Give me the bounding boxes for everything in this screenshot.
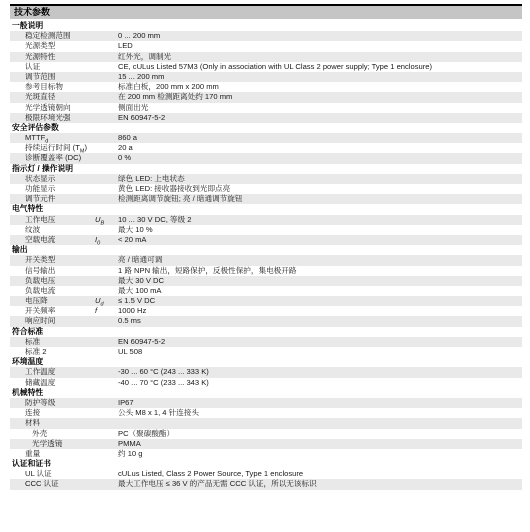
spec-value: 15 ... 200 mm [118, 72, 522, 82]
spec-row: 光学透镜PMMA [10, 439, 522, 449]
spec-value: 红外光，调制光 [118, 52, 522, 62]
section-header: 一般说明 [10, 21, 522, 31]
spec-row: 空载电流I0< 20 mA [10, 235, 522, 245]
spec-symbol [95, 367, 118, 377]
spec-label: 光源类型 [10, 41, 95, 51]
spec-label: 防护等级 [10, 398, 95, 408]
spec-row: 光源类型LED [10, 41, 522, 51]
spec-symbol [95, 153, 118, 163]
spec-label: 调节范围 [10, 72, 95, 82]
spec-label: 负载电流 [10, 286, 95, 296]
spec-label: 光源特性 [10, 52, 95, 62]
spec-value: 0.5 ms [118, 316, 522, 326]
spec-value: PMMA [118, 439, 522, 449]
spec-value: UL 508 [118, 347, 522, 357]
spec-label: 调节元件 [10, 194, 95, 204]
spec-row: 工作电压UB10 ... 30 V DC, 等级 2 [10, 215, 522, 225]
spec-value: 860 a [118, 133, 522, 143]
spec-label: 持续运行时间 (TM) [10, 143, 95, 153]
page-title: 技术参数 [10, 6, 522, 19]
spec-value: LED [118, 41, 522, 51]
section-header: 电气特性 [10, 204, 522, 214]
spec-row: 状态显示绿色 LED: 上电状态 [10, 174, 522, 184]
spec-label: 开关频率 [10, 306, 95, 316]
spec-row: 参考目标物标准白板，200 mm x 200 mm [10, 82, 522, 92]
spec-value: 10 ... 30 V DC, 等级 2 [118, 215, 522, 225]
spec-label: MTTFd [10, 133, 95, 143]
spec-value [118, 418, 522, 428]
spec-symbol [95, 92, 118, 102]
spec-row: 开关类型亮 / 暗通可调 [10, 255, 522, 265]
spec-symbol: f [95, 306, 118, 316]
spec-value: 最大 100 mA [118, 286, 522, 296]
spec-value: 最大 10 % [118, 225, 522, 235]
spec-row: 功能显示黄色 LED: 接收器接收到光即点亮 [10, 184, 522, 194]
spec-value: 标准白板，200 mm x 200 mm [118, 82, 522, 92]
section-header: 指示灯 / 操作说明 [10, 164, 522, 174]
spec-value: 0 ... 200 mm [118, 31, 522, 41]
spec-symbol [95, 174, 118, 184]
spec-symbol [95, 276, 118, 286]
spec-symbol [95, 62, 118, 72]
spec-row: 响应时间0.5 ms [10, 316, 522, 326]
spec-symbol [95, 82, 118, 92]
spec-value: 公头 M8 x 1, 4 针连接头 [118, 408, 522, 418]
spec-row: 持续运行时间 (TM)20 a [10, 143, 522, 153]
spec-label: 光斑直径 [10, 92, 95, 102]
spec-symbol [95, 418, 118, 428]
spec-symbol [95, 184, 118, 194]
spec-symbol [95, 337, 118, 347]
spec-symbol: UB [95, 215, 118, 225]
spec-label: 材料 [10, 418, 95, 428]
spec-label: 纹波 [10, 225, 95, 235]
spec-symbol [95, 449, 118, 459]
spec-row: 开关频率f1000 Hz [10, 306, 522, 316]
spec-row: 标准 2UL 508 [10, 347, 522, 357]
spec-row: 材料 [10, 418, 522, 428]
spec-value: 绿色 LED: 上电状态 [118, 174, 522, 184]
spec-value: 检测距离调节旋钮; 亮 / 暗通调节旋钮 [118, 194, 522, 204]
spec-label: 状态显示 [10, 174, 95, 184]
spec-value: -40 ... 70 °C (233 ... 343 K) [118, 378, 522, 388]
spec-row: CCC 认证最大工作电压 ≤ 36 V 的产品无需 CCC 认证，所以无该标识 [10, 479, 522, 489]
spec-row: 光源特性红外光，调制光 [10, 52, 522, 62]
spec-value: 1 路 NPN 输出，短路保护，反极性保护，集电极开路 [118, 266, 522, 276]
spec-row: 诊断覆盖率 (DC)0 % [10, 153, 522, 163]
spec-value: 最大 30 V DC [118, 276, 522, 286]
spec-row: 调节范围15 ... 200 mm [10, 72, 522, 82]
spec-row: 重量约 10 g [10, 449, 522, 459]
spec-row: 电压降Ud≤ 1.5 V DC [10, 296, 522, 306]
spec-row: 极限环境光强EN 60947-5-2 [10, 113, 522, 123]
spec-value: PC（聚碳酸酯） [118, 429, 522, 439]
spec-label: 标准 2 [10, 347, 95, 357]
spec-value: 1000 Hz [118, 306, 522, 316]
spec-row: 稳定检测范围0 ... 200 mm [10, 31, 522, 41]
spec-value: 约 10 g [118, 449, 522, 459]
spec-label: 开关类型 [10, 255, 95, 265]
spec-label: 工作电压 [10, 215, 95, 225]
section-header: 安全评估参数 [10, 123, 522, 133]
spec-label: 外壳 [10, 429, 95, 439]
spec-symbol [95, 41, 118, 51]
spec-symbol [95, 347, 118, 357]
spec-label: 连接 [10, 408, 95, 418]
spec-symbol [95, 72, 118, 82]
spec-label: 响应时间 [10, 316, 95, 326]
spec-symbol [95, 113, 118, 123]
spec-symbol [95, 316, 118, 326]
spec-value: 亮 / 暗通可调 [118, 255, 522, 265]
spec-symbol [95, 133, 118, 143]
spec-row: 负载电流最大 100 mA [10, 286, 522, 296]
spec-row: 工作温度-30 ... 60 °C (243 ... 333 K) [10, 367, 522, 377]
spec-row: UL 认证cULus Listed, Class 2 Power Source,… [10, 469, 522, 479]
spec-row: 光斑直径在 200 mm 检测距离处约 170 mm [10, 92, 522, 102]
spec-label: 诊断覆盖率 (DC) [10, 153, 95, 163]
section-header: 认证和证书 [10, 459, 522, 469]
spec-symbol [95, 286, 118, 296]
spec-row: 连接公头 M8 x 1, 4 针连接头 [10, 408, 522, 418]
spec-label: 信号输出 [10, 266, 95, 276]
spec-row: 外壳PC（聚碳酸酯） [10, 429, 522, 439]
spec-table: 一般说明稳定检测范围0 ... 200 mm光源类型LED光源特性红外光，调制光… [10, 21, 522, 490]
section-header: 环境温度 [10, 357, 522, 367]
spec-value: 20 a [118, 143, 522, 153]
spec-symbol [95, 31, 118, 41]
spec-symbol [95, 266, 118, 276]
spec-row: 光学透镜朝向侧面出光 [10, 103, 522, 113]
section-header: 符合标准 [10, 327, 522, 337]
spec-label: 光学透镜 [10, 439, 95, 449]
spec-label: 工作温度 [10, 367, 95, 377]
spec-value: 黄色 LED: 接收器接收到光即点亮 [118, 184, 522, 194]
spec-value: cULus Listed, Class 2 Power Source, Type… [118, 469, 522, 479]
spec-symbol [95, 408, 118, 418]
spec-symbol: Ud [95, 296, 118, 306]
spec-value: EN 60947-5-2 [118, 337, 522, 347]
spec-value: 0 % [118, 153, 522, 163]
spec-label: CCC 认证 [10, 479, 95, 489]
spec-label: 光学透镜朝向 [10, 103, 95, 113]
spec-label: 参考目标物 [10, 82, 95, 92]
spec-symbol [95, 429, 118, 439]
datasheet-content: 技术参数 一般说明稳定检测范围0 ... 200 mm光源类型LED光源特性红外… [10, 0, 522, 490]
spec-symbol [95, 52, 118, 62]
spec-row: 标准EN 60947-5-2 [10, 337, 522, 347]
spec-symbol [95, 225, 118, 235]
spec-symbol [95, 255, 118, 265]
spec-value: EN 60947-5-2 [118, 113, 522, 123]
spec-symbol [95, 143, 118, 153]
spec-value: IP67 [118, 398, 522, 408]
spec-label: 稳定检测范围 [10, 31, 95, 41]
spec-symbol [95, 469, 118, 479]
spec-label: 重量 [10, 449, 95, 459]
spec-symbol [95, 479, 118, 489]
spec-symbol [95, 103, 118, 113]
spec-label: 负载电压 [10, 276, 95, 286]
spec-row: 负载电压最大 30 V DC [10, 276, 522, 286]
spec-row: 防护等级IP67 [10, 398, 522, 408]
spec-row: MTTFd860 a [10, 133, 522, 143]
spec-label: 认证 [10, 62, 95, 72]
spec-value: < 20 mA [118, 235, 522, 245]
spec-value: -30 ... 60 °C (243 ... 333 K) [118, 367, 522, 377]
spec-symbol [95, 378, 118, 388]
spec-symbol [95, 398, 118, 408]
spec-label: 空载电流 [10, 235, 95, 245]
section-header: 机械特性 [10, 388, 522, 398]
spec-label: 功能显示 [10, 184, 95, 194]
spec-row: 储藏温度-40 ... 70 °C (233 ... 343 K) [10, 378, 522, 388]
spec-label: 储藏温度 [10, 378, 95, 388]
spec-symbol: I0 [95, 235, 118, 245]
spec-row: 调节元件检测距离调节旋钮; 亮 / 暗通调节旋钮 [10, 194, 522, 204]
spec-label: 标准 [10, 337, 95, 347]
spec-row: 纹波最大 10 % [10, 225, 522, 235]
spec-row: 信号输出1 路 NPN 输出，短路保护，反极性保护，集电极开路 [10, 266, 522, 276]
spec-value: 最大工作电压 ≤ 36 V 的产品无需 CCC 认证，所以无该标识 [118, 479, 522, 489]
spec-symbol [95, 439, 118, 449]
section-header: 输出 [10, 245, 522, 255]
spec-label: 极限环境光强 [10, 113, 95, 123]
spec-label: 电压降 [10, 296, 95, 306]
datasheet-page: 技术参数 一般说明稳定检测范围0 ... 200 mm光源类型LED光源特性红外… [0, 0, 530, 532]
spec-value: CE, cULus Listed 57M3 (Only in associati… [118, 62, 522, 72]
spec-value: ≤ 1.5 V DC [118, 296, 522, 306]
spec-value: 在 200 mm 检测距离处约 170 mm [118, 92, 522, 102]
spec-row: 认证CE, cULus Listed 57M3 (Only in associa… [10, 62, 522, 72]
spec-value: 侧面出光 [118, 103, 522, 113]
spec-label: UL 认证 [10, 469, 95, 479]
spec-symbol [95, 194, 118, 204]
